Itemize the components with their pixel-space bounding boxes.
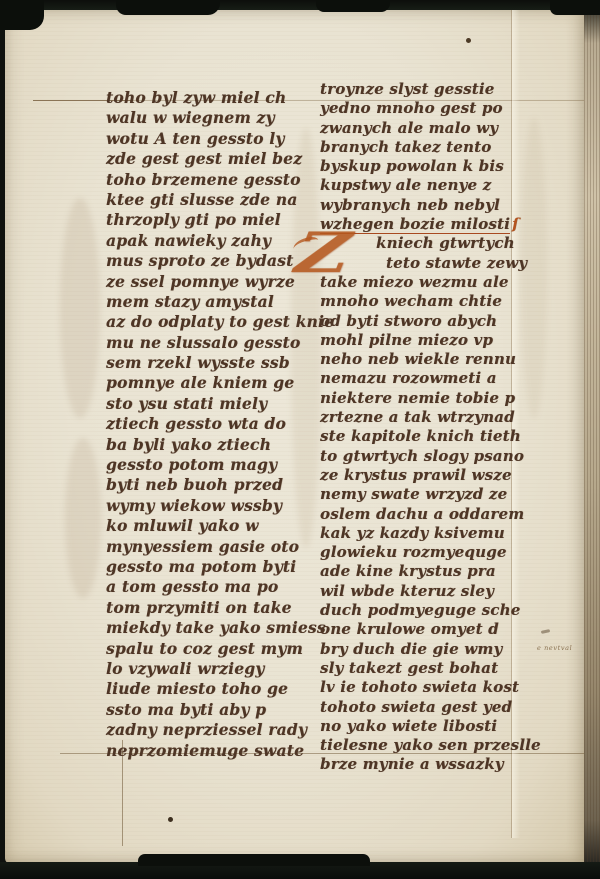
text-line: glowieku rozmyequge [320, 543, 520, 562]
text-line: ssto ma byti aby p [106, 700, 318, 720]
marginal-annotation: e nevtval [537, 644, 572, 652]
manuscript-photo: toho byl zyw miel chwalu w wiegnem zywot… [0, 0, 600, 879]
binding-shadow-blob [116, 0, 220, 15]
text-line: kupstwy ale nenye z [320, 176, 520, 195]
text-line: mem stazy amystal [106, 292, 318, 312]
ink-speck [466, 38, 471, 43]
text-line: lv ie tohoto swieta kost [320, 678, 520, 697]
ink-speck [168, 817, 173, 822]
text-line: pomnye ale kniem ge [106, 373, 318, 393]
rubric-flourish: ſ [512, 215, 519, 233]
binding-shadow-blob [138, 854, 370, 866]
text-line: oslem dachu a oddarem [320, 505, 520, 524]
text-line: ko mluwil yako w [106, 516, 318, 536]
text-line: zadny neprziessel rady [106, 720, 318, 740]
manuscript-page: toho byl zyw miel chwalu w wiegnem zywot… [5, 8, 586, 864]
show-through-smudge [60, 198, 100, 418]
text-line: wybranych neb nebyl [320, 196, 520, 215]
text-line: wymy wiekow wssby [106, 496, 318, 516]
binding-shadow-blob [550, 0, 600, 15]
text-line: duch podmyeguge sche [320, 601, 520, 620]
text-line: nemy swate wrzyzd ze [320, 485, 520, 504]
text-line: ze ssel pomnye wyrze [106, 272, 318, 292]
text-line: one krulowe omyet d [320, 620, 520, 639]
text-line: sto ysu stati miely [106, 394, 318, 414]
text-line: bry duch die gie wmy [320, 640, 520, 659]
text-line: lo vzywali wrziegy [106, 659, 318, 679]
text-line: branych takez tento [320, 138, 520, 157]
text-line: miekdy take yako smiess [106, 618, 318, 638]
binding-shadow-blob [0, 0, 44, 30]
binding-shadow-blob [316, 0, 390, 12]
text-line: mnoho wecham chtie [320, 292, 520, 311]
text-line: thrzoply gti po miel [106, 210, 318, 230]
text-line: mus sproto ze bydast [106, 251, 318, 271]
text-line: mynyessiem gasie oto [106, 537, 318, 557]
text-line: kak yz kazdy ksivemu [320, 524, 520, 543]
text-line: nemazu rozowmeti a [320, 369, 520, 388]
text-line: wil wbde kteruz sley [320, 582, 520, 601]
text-line: ze krystus prawil wsze [320, 466, 520, 485]
text-line: mu ne slussalo gessto [106, 333, 318, 353]
illuminated-initial-z: Z [292, 226, 395, 284]
text-line: sem rzekl wysste ssb [106, 353, 318, 373]
ink-speck [541, 629, 550, 634]
binding-shadow-top [0, 0, 600, 10]
text-column-right: troynze slyst gesstieyedno mnoho gest po… [320, 80, 520, 775]
text-line: sly takezt gest bohat [320, 659, 520, 678]
text-line: spalu to coz gest mym [106, 639, 318, 659]
text-line: mohl pilne miezo vp [320, 331, 520, 350]
text-line: niektere nemie tobie p [320, 389, 520, 408]
text-line: neho neb wiekle rennu [320, 350, 520, 369]
text-line: wotu A ten gessto ly [106, 129, 318, 149]
text-line: ste kapitole knich tieth [320, 427, 520, 446]
text-line: az do odplaty to gest knie [106, 312, 318, 332]
text-line: yedno mnoho gest po [320, 99, 520, 118]
text-line: od byti stworo abych [320, 312, 520, 331]
book-fore-edge [584, 9, 600, 863]
text-line: toho brzemene gessto [106, 170, 318, 190]
text-line: ba byli yako ztiech [106, 435, 318, 455]
text-line: byskup powolan k bis [320, 157, 520, 176]
binding-shadow-left [0, 0, 5, 879]
text-line: neprzomiemuge swate [106, 741, 318, 761]
text-line: troynze slyst gesstie [320, 80, 520, 99]
show-through-smudge [65, 438, 101, 598]
text-line: tohoto swieta gest yed [320, 698, 520, 717]
text-line: walu w wiegnem zy [106, 108, 318, 128]
text-line: toho byl zyw miel ch [106, 88, 318, 108]
text-column-left: toho byl zyw miel chwalu w wiegnem zywot… [106, 88, 318, 761]
text-line: gessto potom magy [106, 455, 318, 475]
text-line: liude miesto toho ge [106, 679, 318, 699]
text-line: brze mynie a wssazky [320, 755, 520, 774]
text-line: zwanych ale malo wy [320, 119, 520, 138]
text-line: tielesne yako sen przeslle [320, 736, 520, 755]
text-line: ade kine krystus pra [320, 562, 520, 581]
text-line: to gtwrtych slogy psano [320, 447, 520, 466]
text-line: gessto ma potom byti [106, 557, 318, 577]
text-line: byti neb buoh przed [106, 475, 318, 495]
text-line: a tom gessto ma po [106, 577, 318, 597]
text-line: tom przymiti on take [106, 598, 318, 618]
text-line: zde gest gest miel bez [106, 149, 318, 169]
text-line: zrtezne a tak wtrzynad [320, 408, 520, 427]
text-line: no yako wiete libosti [320, 717, 520, 736]
text-line: apak nawieky zahy [106, 231, 318, 251]
text-line: ktee gti slusse zde na [106, 190, 318, 210]
text-line: ztiech gessto wta do [106, 414, 318, 434]
